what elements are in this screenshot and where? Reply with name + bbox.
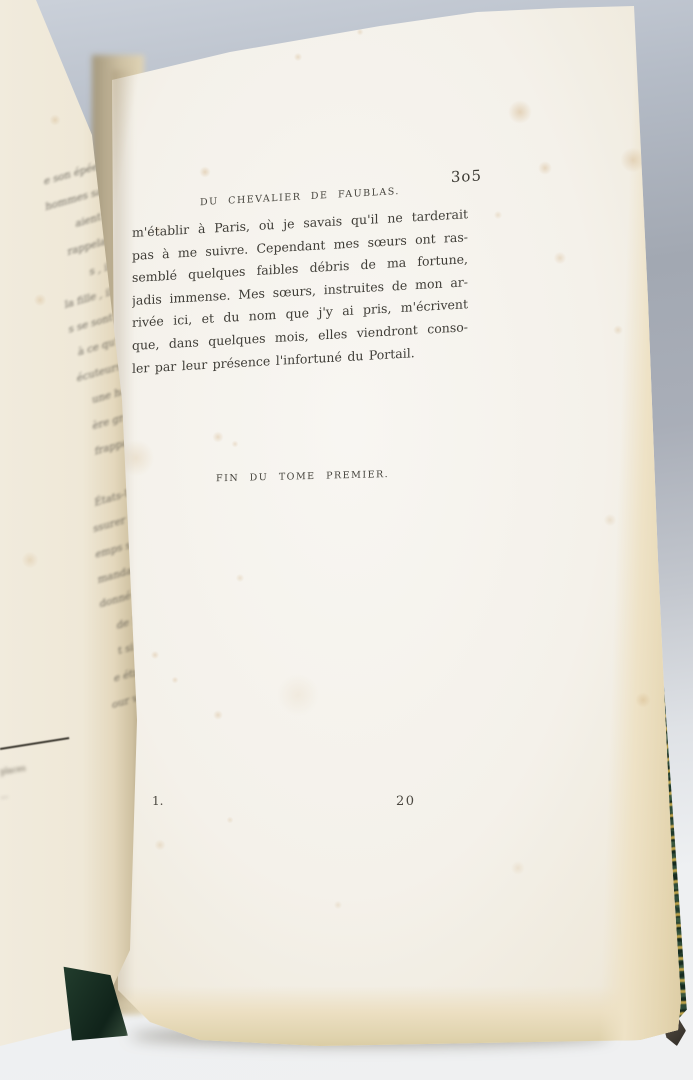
book-photo: DU CHEVALIER DE FAUBLAS. 3o5 m'établir à… [0,0,693,1080]
fin-du-tome-line: FIN DU TOME PREMIER. [216,469,389,484]
signature-mark-right: 20 [396,794,416,809]
footnote-fragment: places [0,760,46,776]
printed-text-layer: DU CHEVALIER DE FAUBLAS. 3o5 m'établir à… [132,0,468,900]
footnote-rule [0,737,69,750]
recto-page: DU CHEVALIER DE FAUBLAS. 3o5 m'établir à… [98,0,693,1060]
footnote-fragment: ... [0,784,46,800]
running-title: DU CHEVALIER DE FAUBLAS. [200,186,400,208]
footer-signatures: 1. 20 [132,794,468,814]
body-paragraph: m'établir à Paris, où je savais qu'il ne… [132,203,468,380]
page-number: 3o5 [451,166,482,186]
signature-mark-left: 1. [152,794,163,808]
